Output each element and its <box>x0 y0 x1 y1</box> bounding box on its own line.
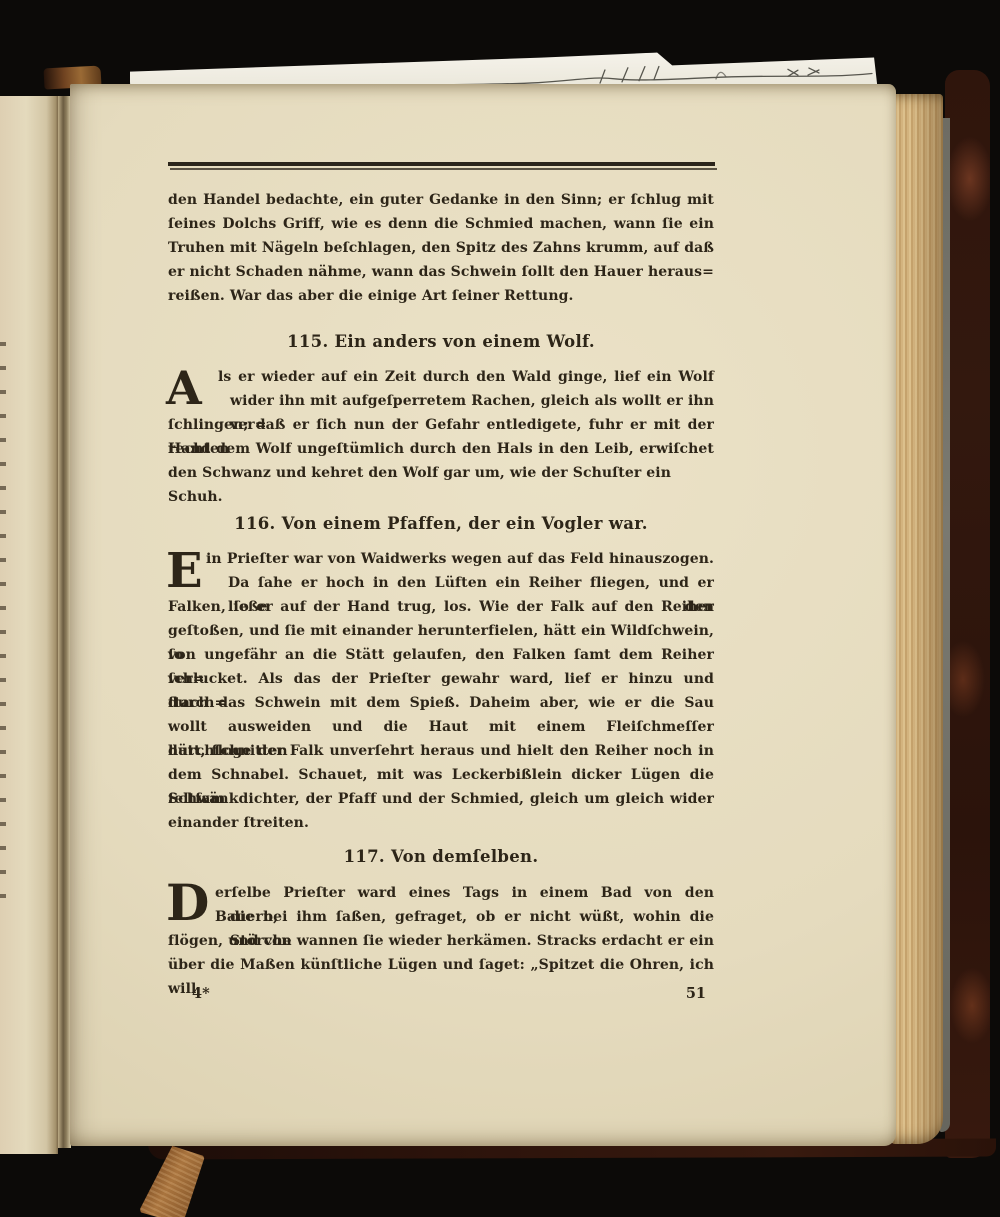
section-heading-117: 117. Von demſelben. <box>168 844 714 870</box>
text-line: Truhen mit Nägeln beſchlagen, den Spitz … <box>168 236 714 260</box>
text-line: die bei ihm ſaßen, gefraget, ob er nicht… <box>168 905 714 929</box>
text-line: ſchlingen; daß er ſich nun der Gefahr en… <box>168 413 714 437</box>
text-line: ſeines Dolchs Griff, wie es denn die Sch… <box>168 212 714 236</box>
text-line: Schwänkdichter, der Pfaff und der Schmie… <box>168 787 714 811</box>
section-heading-116: 116. Von einem Pfaffen, der ein Vogler w… <box>168 511 714 537</box>
text-line: ls er wieder auf ein Zeit durch den Wald… <box>168 365 714 389</box>
text-line: Da ſahe er hoch in den Lüften ein Reiher… <box>168 571 714 595</box>
text-line: wollt ausweiden und die Haut mit einem F… <box>168 715 714 739</box>
text-line: einander ſtreiten. <box>168 811 714 835</box>
text-line: Falken, ſo er auf der Hand trug, los. Wi… <box>168 595 714 619</box>
book-photo: den Handel bedachte, ein guter Gedanke i… <box>0 0 1000 1217</box>
intro-paragraph: den Handel bedachte, ein guter Gedanke i… <box>168 188 714 308</box>
text-line: von ungefähr an die Stätt gelaufen, den … <box>168 643 714 667</box>
verso-page-sliver <box>0 96 58 1154</box>
text-line: flögen, und von wannen ſie wieder herkäm… <box>168 929 714 953</box>
text-line: reißen. War das aber die einige Art ſein… <box>168 284 714 308</box>
ribbon-bookmark <box>138 1144 208 1217</box>
page-number: 51 <box>686 983 706 1005</box>
leather-cover-right-edge <box>945 70 990 1158</box>
page-footer: 4* 51 <box>168 983 714 1005</box>
text-line: ſchlucket. Als das der Prieſter gewahr w… <box>168 667 714 691</box>
text-line: hätt, floge der Falk unverſehrt heraus u… <box>168 739 714 763</box>
text-line: geſtoßen, und ſie mit einander herunterf… <box>168 619 714 643</box>
section-paragraph-116: E in Prieſter war von Waidwerks wegen au… <box>168 547 714 835</box>
text-line: in Prieſter war von Waidwerks wegen auf … <box>168 547 714 571</box>
verso-text-fragments <box>0 342 6 902</box>
text-line: ſtach das Schwein mit dem Spieß. Daheim … <box>168 691 714 715</box>
signature-mark: 4* <box>192 983 210 1005</box>
text-line: Hand dem Wolf ungeſtümlich durch den Hal… <box>168 437 714 461</box>
text-line: dem Schnabel. Schauet, mit was Leckerbiß… <box>168 763 714 787</box>
text-line: den Schwanz und kehret den Wolf gar um, … <box>168 461 714 485</box>
text-line: den Handel bedachte, ein guter Gedanke i… <box>168 188 714 212</box>
section-paragraph-117: D erſelbe Prieſter ward eines Tags in ei… <box>168 881 714 977</box>
page-edge-stack <box>891 94 943 1144</box>
section-heading-115: 115. Ein anders von einem Wolf. <box>168 329 714 355</box>
text-line: über die Maßen künſtliche Lügen und ſage… <box>168 953 714 977</box>
text-line: er nicht Schaden nähme, wann das Schwein… <box>168 260 714 284</box>
double-rule <box>168 162 715 170</box>
text-line: erſelbe Prieſter ward eines Tags in eine… <box>168 881 714 905</box>
section-paragraph-115: A ls er wieder auf ein Zeit durch den Wa… <box>168 365 714 485</box>
text-line: wider ihn mit aufgeſperretem Rachen, gle… <box>168 389 714 413</box>
